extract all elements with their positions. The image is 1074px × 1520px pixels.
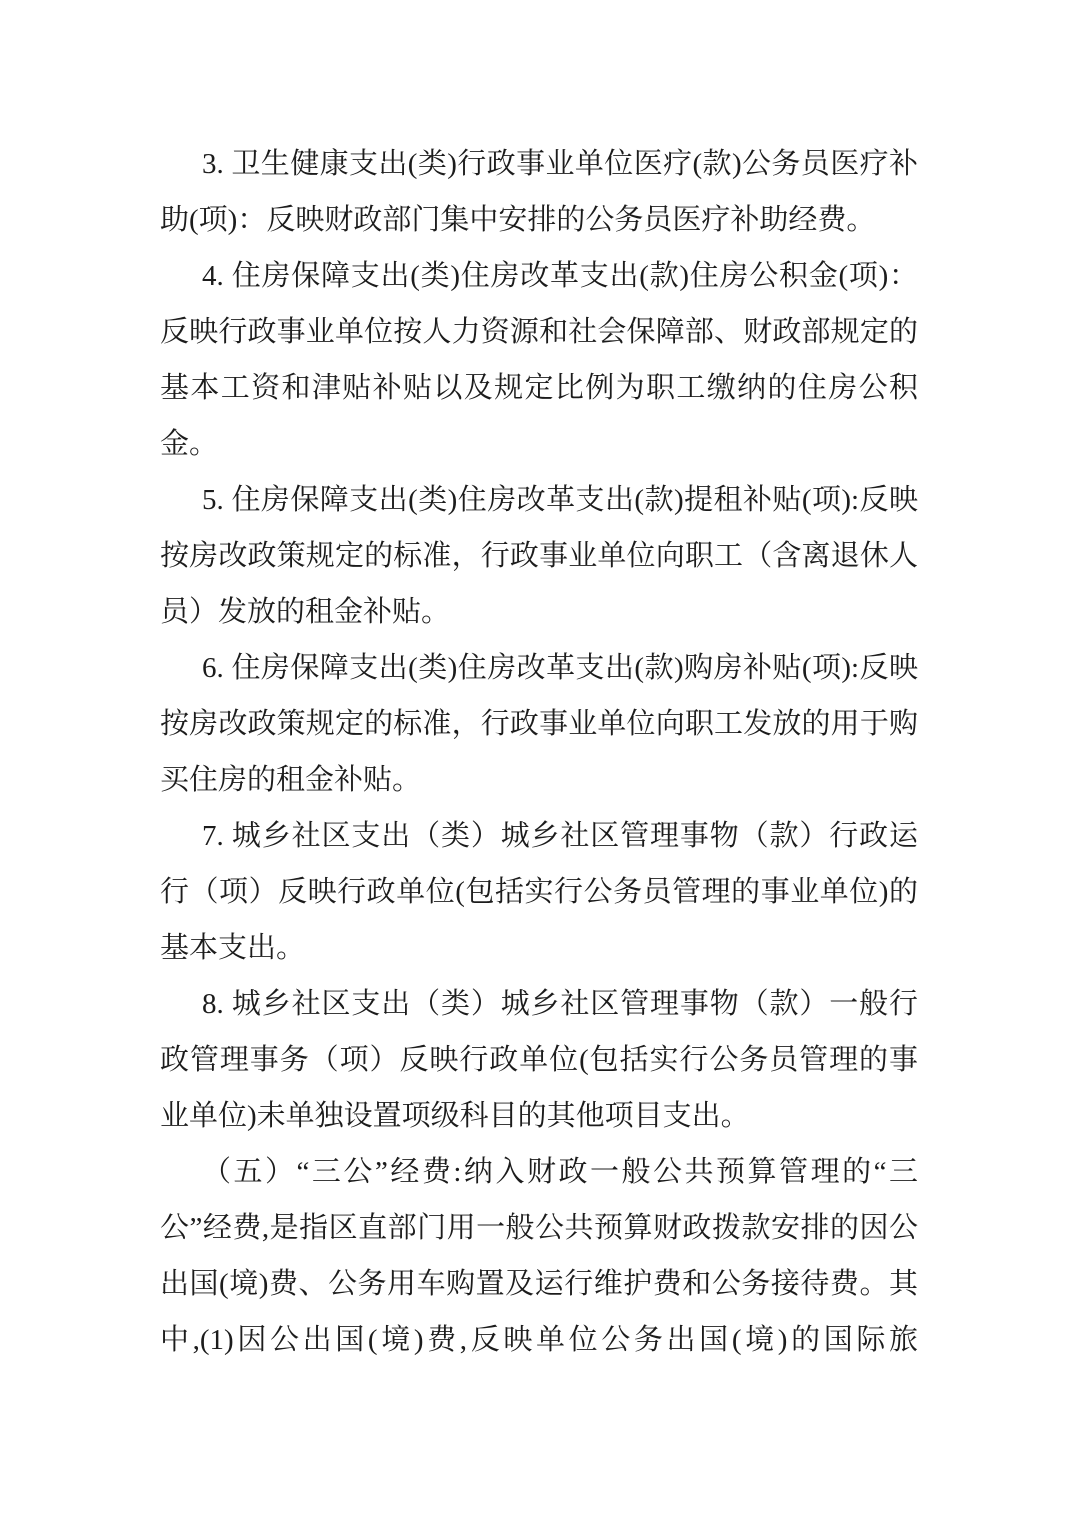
- para-5-rent-increase-subsidy: 5. 住房保障支出(类)住房改革支出(款)提租补贴(项):反映按房改政策规定的标…: [160, 472, 918, 640]
- document-page: 3. 卫生健康支出(类)行政事业单位医疗(款)公务员医疗补助(项)：反映财政部门…: [0, 0, 1074, 1520]
- para-4-housing-provident-fund: 4. 住房保障支出(类)住房改革支出(款)住房公积金(项)：反映行政事业单位按人…: [160, 248, 918, 472]
- para-section5-three-public-expenses: （五）“三公”经费:纳入财政一般公共预算管理的“三公”经费,是指区直部门用一般公…: [160, 1144, 918, 1368]
- para-7-community-admin-operation: 7. 城乡社区支出（类）城乡社区管理事物（款）行政运行（项）反映行政单位(包括实…: [160, 808, 918, 976]
- para-3-health-expenditure-civil-servant-medical-subsidy: 3. 卫生健康支出(类)行政事业单位医疗(款)公务员医疗补助(项)：反映财政部门…: [160, 136, 918, 248]
- para-6-home-purchase-subsidy: 6. 住房保障支出(类)住房改革支出(款)购房补贴(项):反映按房改政策规定的标…: [160, 640, 918, 808]
- para-8-community-general-admin-affairs: 8. 城乡社区支出（类）城乡社区管理事物（款）一般行政管理事务（项）反映行政单位…: [160, 976, 918, 1144]
